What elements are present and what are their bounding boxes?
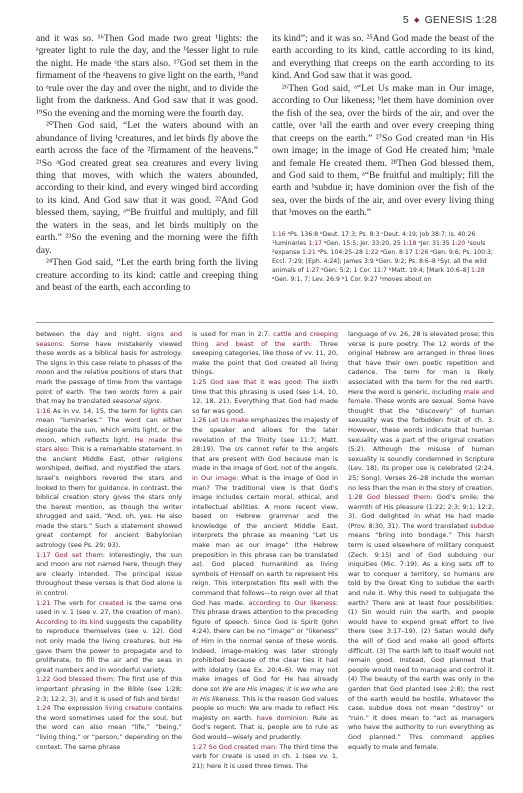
scripture-paragraph: its kind”; and it was so. ²⁵And God made… bbox=[272, 33, 494, 83]
note-ref: 1:28 God blessed them: bbox=[348, 493, 432, 501]
note-ref: 1:27 So God created man: bbox=[192, 743, 277, 751]
scripture-right-column: its kind”; and it was so. ²⁵And God made… bbox=[272, 33, 494, 295]
xref-text[interactable]: ᵃGen. 15:5; Jer. 33:20, 25 bbox=[324, 240, 401, 247]
running-head: 5 ◆ GENESIS 1:28 bbox=[403, 14, 497, 26]
scripture-paragraph: ²⁶Then God said, ᵃ“Let Us make man in Ou… bbox=[272, 83, 494, 220]
xref-text[interactable]: ᵃJer. 31:35 bbox=[418, 240, 449, 247]
note-1-22: 1:22 God blessed them: The first use of … bbox=[36, 675, 182, 704]
note-1-17: 1:17 God set them: Interestingly, the su… bbox=[36, 551, 182, 599]
commentary-column-2: is used for man in 2:7. cattle and creep… bbox=[192, 330, 338, 771]
cross-references: 1:16 ᵃPs. 136:8 ᵇDeut. 17:3; Ps. 8:3 ᶜDe… bbox=[272, 230, 494, 285]
note-1-26: 1:26 Let Us make emphasizes the majesty … bbox=[192, 416, 338, 742]
note-ref: 1:21 bbox=[36, 599, 51, 607]
xref-verse: 1:17 bbox=[308, 240, 322, 247]
scripture-paragraph: and it was so. ¹⁶Then God made two great… bbox=[36, 33, 258, 120]
note-ref: 1:25 God saw that it was good: bbox=[192, 378, 303, 386]
note-ref: 1:26 Let Us make bbox=[192, 416, 249, 424]
commentary-column-1: between the day and night. signs and sea… bbox=[36, 330, 182, 771]
section-divider bbox=[36, 322, 494, 323]
note: is used for man in 2:7. cattle and creep… bbox=[192, 330, 338, 378]
commentary-column-3: language of vv. 26, 28 is elevated prose… bbox=[348, 330, 494, 771]
note-ref: 1:16 bbox=[36, 407, 51, 415]
commentary-notes: between the day and night. signs and sea… bbox=[36, 330, 494, 771]
xref-verse: 1:28 bbox=[471, 267, 485, 274]
note: between the day and night. signs and sea… bbox=[36, 330, 182, 407]
note-1-28: 1:28 God blessed them: God’s smile; the … bbox=[348, 493, 494, 752]
xref-text[interactable]: ᵃGen. 9:1, 7; Lev. 26:9 ᵇ1 Cor. 9:27 ¹mo… bbox=[272, 276, 431, 283]
xref-verse: 1:27 bbox=[306, 267, 320, 274]
xref-verse: 1:26 bbox=[415, 249, 429, 256]
xref-verse: 1:22 bbox=[365, 249, 379, 256]
scripture-left-column: and it was so. ¹⁶Then God made two great… bbox=[36, 33, 258, 295]
note-1-25: 1:25 God saw that it was good: The sixth… bbox=[192, 378, 338, 416]
xref-text[interactable]: ᵃGen. 5:2; 1 Cor. 11:7 ᵇMatt. 19:4; [Mar… bbox=[321, 267, 469, 274]
note-ref: 1:17 God set them: bbox=[36, 551, 105, 559]
xref-verse: 1:20 bbox=[452, 240, 466, 247]
scripture-paragraph: ²⁰Then God said, “Let the waters abound … bbox=[36, 120, 258, 257]
xref-text[interactable]: ᵃPs. 104:25–28 bbox=[318, 249, 363, 256]
note-1-16: 1:16 As in vv. 14, 15, the term for ligh… bbox=[36, 407, 182, 551]
note-ref: 1:24 bbox=[36, 704, 51, 712]
note-1-27: 1:27 So God created man: The third time … bbox=[192, 743, 338, 772]
note: language of vv. 26, 28 is elevated prose… bbox=[348, 330, 494, 493]
note-1-24: 1:24 The expression living creature cont… bbox=[36, 704, 182, 752]
xref-text[interactable]: ᵃGen. 8:17 bbox=[380, 249, 412, 256]
bible-page: 5 ◆ GENESIS 1:28 and it was so. ¹⁶Then G… bbox=[0, 0, 523, 793]
diamond-icon: ◆ bbox=[414, 16, 420, 24]
note-1-21: 1:21 The verb for created is the same on… bbox=[36, 599, 182, 676]
xref-verse: 1:18 bbox=[403, 240, 417, 247]
note-ref: 1:22 God blessed them: bbox=[36, 675, 115, 683]
xref-verse: 1:16 bbox=[272, 231, 286, 238]
scripture-paragraph: ²⁴Then God said, “Let the earth bring fo… bbox=[36, 257, 258, 294]
scripture-text: and it was so. ¹⁶Then God made two great… bbox=[36, 33, 494, 295]
page-number: 5 bbox=[403, 14, 409, 26]
xref-verse: 1:21 bbox=[302, 249, 316, 256]
book-reference: GENESIS 1:28 bbox=[425, 14, 497, 26]
